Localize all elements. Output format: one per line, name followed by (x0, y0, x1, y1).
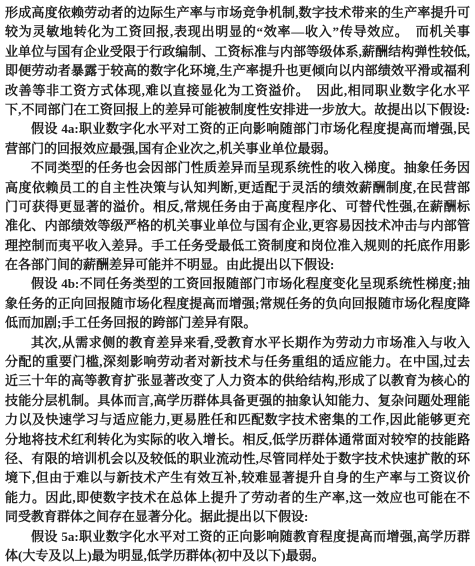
text-line: 在各部门间的薪酬差异可能并不明显。由此提出以下假设: (5, 255, 470, 274)
text-line: 力以及快速学习与适应能力,更易胜任和匹配数字技术密集的工作,因此能够更充 (5, 410, 470, 429)
text-line: 近三十年的高等教育扩张显著改变了人力资本的供给结构,形成了以教育为核心的 (5, 371, 470, 390)
hypothesis-4b-line: 低而加剧;手工任务回报的跨部门差异有限。 (5, 313, 470, 332)
hypothesis-5a-line: 假设 5a:职业数字化水平对工资的正向影响随教育程度提高而增强,高学历群 (5, 527, 470, 546)
text-line: 同受教育群体之间存在显著分化。据此提出以下假设: (5, 507, 470, 526)
document-page: 形成高度依赖劳动者的边际生产率与市场竞争机制,数字技术带来的生产率提升可 较为灵… (0, 0, 475, 566)
text-line: 较为灵敏地转化为工资回报,表现出明显的“效率—收入”传导效应。 而机关事 (5, 22, 470, 41)
hypothesis-4a-line: 假设 4a:职业数字化水平对工资的正向影响随部门市场化程度提高而增强,民 (5, 119, 470, 138)
text-line: 改善等非工资方式体现,难以直接显化为工资溢价。 因此,相同职业数字化水平 (5, 81, 470, 100)
text-line: 即便劳动者暴露于较高的数字化环境,生产率提升也更倾向以内部绩效平滑或福利 (5, 61, 470, 80)
text-line: 高度依赖员工的自主性决策与认知判断,更适配于灵活的绩效薪酬制度,在民营部 (5, 178, 470, 197)
body-text: 形成高度依赖劳动者的边际生产率与市场竞争机制,数字技术带来的生产率提升可 较为灵… (5, 3, 470, 565)
text-line: 能力。因此,即使数字技术在总体上提升了劳动者的生产率,这一效应也可能在不 (5, 488, 470, 507)
text-line: 径、有限的培训机会以及较低的职业流动性,尽管同样处于数字技术快速扩散的环 (5, 449, 470, 468)
text-line: 境下,但由于难以与新技术产生有效互补,较难显著提升自身的生产率与工资议价 (5, 468, 470, 487)
text-line: 下,不同部门在工资回报上的差异可能被制度性安排进一步放大。故提出以下假设: (5, 100, 470, 119)
text-line: 技能分层机制。具体而言,高学历群体具备更强的抽象认知能力、复杂问题处理能 (5, 391, 470, 410)
text-line: 业单位与国有企业受限于行政编制、工资标准与内部等级体系,薪酬结构弹性较低, (5, 42, 470, 61)
hypothesis-4a-line: 营部门的回报效应最强,国有企业次之,机关事业单位最弱。 (5, 139, 470, 158)
text-line: 形成高度依赖劳动者的边际生产率与市场竞争机制,数字技术带来的生产率提升可 (5, 3, 470, 22)
text-line: 门可获得更显著的溢价。相反,常规任务由于高度程序化、可替代性强,在薪酬标 (5, 197, 470, 216)
hypothesis-4b-line: 假设 4b:不同任务类型的工资回报随部门市场化程度变化呈现系统性梯度;抽 (5, 274, 470, 293)
text-line: 不同类型的任务也会因部门性质差异而呈现系统性的收入梯度。抽象任务因其 (5, 158, 470, 177)
text-line: 分地将技术红利转化为实际的收入增长。相反,低学历群体通常面对较窄的技能路 (5, 430, 470, 449)
text-line: 分配的重要门槛,深刻影响劳动者对新技术与任务重组的适应能力。在中国,过去 (5, 352, 470, 371)
text-line: 准化、内部绩效等级严格的机关事业单位与国有企业,更容易因技术冲击与内部管 (5, 216, 470, 235)
hypothesis-5a-line: 体(大专及以上)最为明显,低学历群体(初中及以下)最弱。 (5, 546, 470, 565)
text-line: 理控制而夷平收入差异。手工任务受最低工资制度和岗位准入规则的托底作用影响, (5, 236, 470, 255)
text-line: 其次,从需求侧的教育差异来看,受教育水平长期作为劳动力市场准入与收入 (5, 333, 470, 352)
hypothesis-4b-line: 象任务的正向回报随市场化程度提高而增强;常规任务的负向回报随市场化程度降 (5, 294, 470, 313)
